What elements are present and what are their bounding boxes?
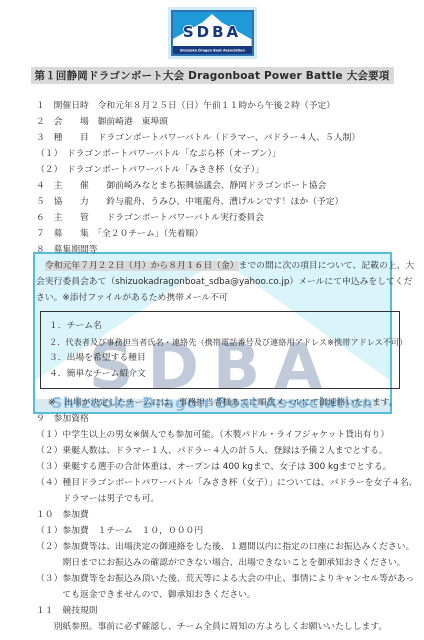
document-body: １ 開催日時 令和元年８月２５日（日）午前１１時から午後２時（予定） ２ 会 場… bbox=[0, 84, 424, 635]
logo-acronym: SDBA bbox=[173, 23, 252, 41]
outline-line-events: ３ 種 目 ドラゴンボートパワーバトル（ドラマー、パドラー４人、５人制） bbox=[36, 130, 420, 146]
application-period-paragraph: 令和元年７月２２日（月）から８月１６日（金）までの間に次の項目について、記載の上… bbox=[36, 258, 420, 306]
fees-item: ても返金できませんので、御承知おきください。 bbox=[36, 587, 420, 603]
outline-line-host: ４ 主 催 御前崎みなとまち振興協議会、静岡ドラゴンボート協会 bbox=[36, 178, 420, 194]
eligibility-heading: ９ 参加資格 bbox=[36, 411, 420, 427]
application-items-box: １．チーム名 ２．代表者及び事務担当者氏名・連絡先（携帯電話番号及び連絡用アドレ… bbox=[40, 311, 400, 389]
outline-line-organizer: ６ 主 管 ドラゴンボートパワーバトル実行委員会 bbox=[36, 210, 420, 226]
outline-line-date: １ 開催日時 令和元年８月２５日（日）午前１１時から午後２時（予定） bbox=[36, 98, 420, 114]
logo-org-bar: Shizuoka Dragon Boat Association bbox=[173, 46, 252, 54]
application-item: ３．出場を希望する種目 bbox=[49, 350, 395, 366]
outline-line-event-2: （２） ドラゴンボートパワーバトル「みさき杯（女子）」 bbox=[36, 162, 420, 178]
sdba-logo: SDBA Shizuoka Dragon Boat Association bbox=[171, 10, 254, 56]
outline-line-recruit: ７ 募 集 「全２０チーム」（先着順） bbox=[36, 226, 420, 242]
eligibility-item: （２）乗艇人数は、ドラマー１人、パドラー４人の計５人、登録は予備２人までとする。 bbox=[36, 443, 420, 459]
eligibility-item: （３）乗艇する選手の合計体重は、オープンは 400 kgまで、女子は 300 k… bbox=[36, 459, 420, 475]
document-page: SDBA Shizuoka Dragon Boat Association SD… bbox=[0, 0, 424, 640]
outline-line-venue: ２ 会 場 御前崎港 東埠頭 bbox=[36, 114, 420, 130]
fees-heading: １０ 参加費 bbox=[36, 507, 420, 523]
fees-item: （２）参加費等は、出場決定の御連絡をした後、１週間以内に指定の口座にお振込みくだ… bbox=[36, 539, 420, 555]
application-item: ４．簡単なチーム紹介文 bbox=[49, 366, 395, 382]
eligibility-item: （１）中学生以上の男女※個人でも参加可能。（木製パドル・ライフジャケット貸出有り… bbox=[36, 427, 420, 443]
rules-heading: １１ 競技規則 bbox=[36, 603, 420, 619]
page-title: 第１回静岡ドラゴンボート大会 Dragonboat Power Battle 大… bbox=[31, 67, 394, 84]
rules-body: 別紙参照。事前に必ず確認し、チーム全員に周知の方よろしくお願いいたしします。 bbox=[36, 619, 420, 635]
eligibility-item: （４）種目ドラゴンボートパワーバトル「みさき杯（女子）」については、パドラーを女… bbox=[36, 475, 420, 491]
eligibility-item: ドラマーは男子でも可。 bbox=[36, 491, 420, 507]
application-item: ２．代表者及び事務担当者氏名・連絡先（携帯電話番号及び連絡用アドレス※携帯アドレ… bbox=[49, 334, 395, 350]
application-period-highlight: 令和元年７月２２日（月）から８月１６日（金） bbox=[45, 261, 239, 271]
logo-org-name: Shizuoka Dragon Boat Association bbox=[180, 48, 245, 52]
application-note: ※ 出場が決定したチームには、事務担当者様あてに順次メールにて御連絡いたします。 bbox=[48, 395, 420, 411]
title-row: 第１回静岡ドラゴンボート大会 Dragonboat Power Battle 大… bbox=[0, 64, 424, 84]
outline-line-period: ８ 募集期間等 bbox=[36, 242, 420, 258]
fees-item: 期日までにお振込みの確認ができない場合、出場できないことを御承知おきください。 bbox=[36, 555, 420, 571]
application-item: １．チーム名 bbox=[49, 318, 395, 334]
fees-item: （３）参加費等をお振込み頂いた後、荒天等による大会の中止、事情によりキャンセル等… bbox=[36, 571, 420, 587]
outline-line-support: ５ 協 力 鈴与龍舟、うみひ、中電龍舟、漕げルンです！ほか（予定） bbox=[36, 194, 420, 210]
fees-item: （１）参加費 １チーム １０，０００円 bbox=[36, 523, 420, 539]
outline-line-event-1: （１） ドラゴンボートパワーバトル「なぶら杯（オープン）」 bbox=[36, 146, 420, 162]
